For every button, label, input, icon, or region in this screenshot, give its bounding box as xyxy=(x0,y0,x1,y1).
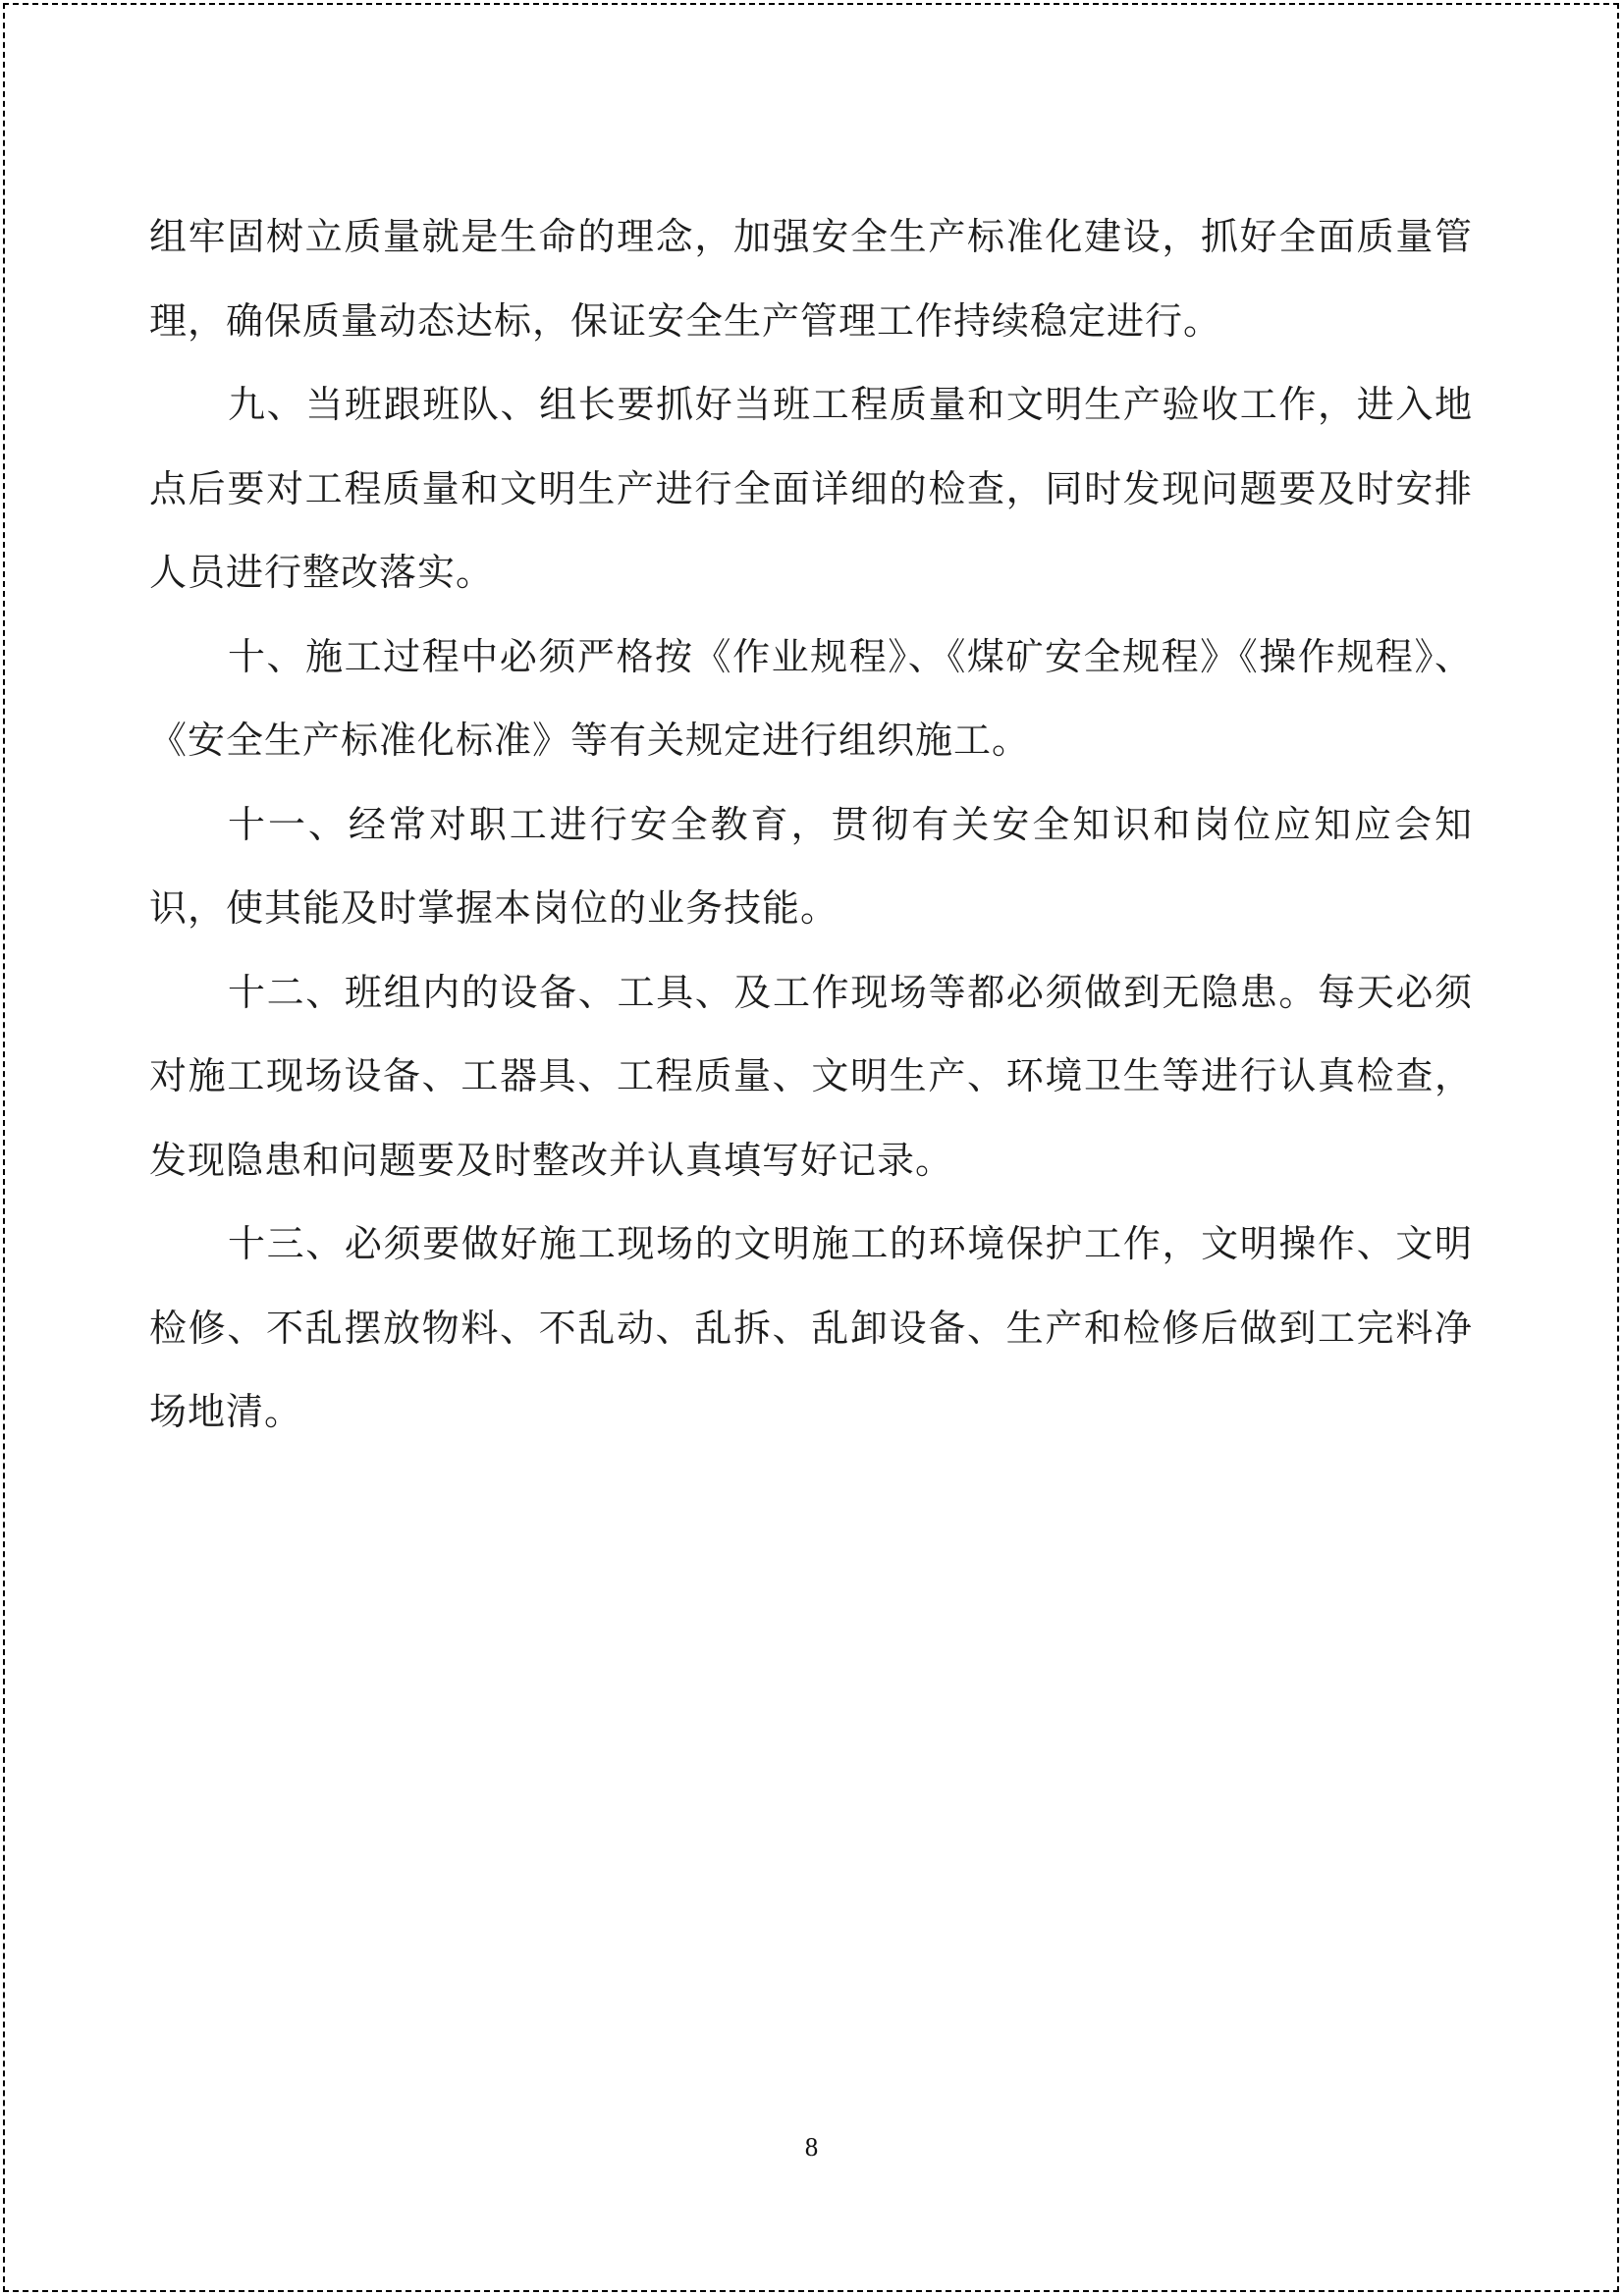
paragraph-continuation: 组牢固树立质量就是生命的理念，加强安全生产标准化建设，抓好全面质量管理，确保质量… xyxy=(149,196,1473,364)
paragraph-item-11: 十一、经常对职工进行安全教育，贯彻有关安全知识和岗位应知应会知识，使其能及时掌握… xyxy=(149,784,1473,952)
page-footer: 8 xyxy=(0,2132,1623,2163)
paragraph-item-10: 十、施工过程中必须严格按《作业规程》、《煤矿安全规程》《操作规程》、《安全生产标… xyxy=(149,616,1473,784)
paragraph-item-13: 十三、必须要做好施工现场的文明施工的环境保护工作，文明操作、文明检修、不乱摆放物… xyxy=(149,1203,1473,1456)
page-number: 8 xyxy=(805,2132,819,2162)
document-body: 组牢固树立质量就是生命的理念，加强安全生产标准化建设，抓好全面质量管理，确保质量… xyxy=(149,196,1473,1456)
paragraph-item-9: 九、当班跟班队、组长要抓好当班工程质量和文明生产验收工作，进入地点后要对工程质量… xyxy=(149,364,1473,616)
paragraph-item-12: 十二、班组内的设备、工具、及工作现场等都必须做到无隐患。每天必须对施工现场设备、… xyxy=(149,952,1473,1204)
